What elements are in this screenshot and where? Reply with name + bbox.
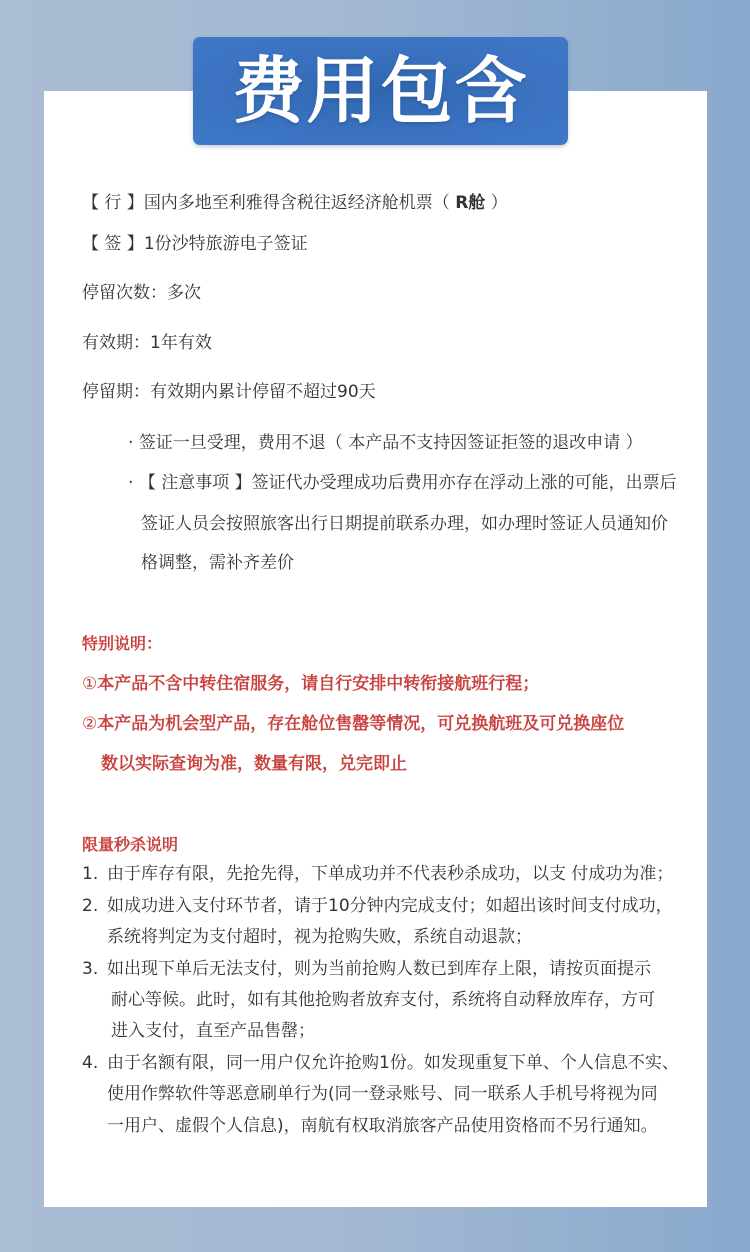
title-badge: 费用包含 — [193, 37, 568, 145]
special-note-2: ②本产品为机会型产品，存在舱位售罄等情况，可兑换航班及可兑换座位 — [82, 716, 624, 733]
flash-item-2-line-2: 系统将判定为支付超时，视为抢购失败，系统自动退款； — [107, 929, 532, 946]
flash-item-4-line-1: 由于名额有限，同一用户仅允许抢购1份。如发现重复下单、个人信息不实、 — [107, 1053, 679, 1073]
circled-one-icon: ① — [82, 674, 97, 694]
visa-stay-label: 停留期： — [82, 382, 150, 402]
flash-item-1-num: 1. — [82, 866, 107, 883]
visa-stay-value: 有效期内累计停留不超过90天 — [150, 382, 376, 402]
visa-note-2-line-2: 签证人员会按照旅客出行日期提前联系办理，如办理时签证人员通知价 — [141, 516, 668, 533]
flash-item-1-text: 由于库存有限，先抢先得，下单成功并不代表秒杀成功，以支 付成功为准； — [107, 864, 673, 884]
visa-note-1-line: 签证一旦受理，费用不退（ 本产品不支持因签证拒签的退改申请 ） — [139, 433, 643, 453]
page-title: 费用包含 — [232, 55, 528, 127]
visa-note-2-line-3: 格调整，需补齐差价 — [141, 555, 294, 572]
visa-entries-label: 停留次数： — [82, 283, 167, 303]
flash-item-2-line-1: 如成功进入支付环节者，请于10分钟内完成支付；如超出该时间支付成功， — [107, 896, 673, 916]
flash-item-3: 3.如出现下单后无法支付，则为当前抢购人数已到库存上限，请按页面提示 — [82, 961, 651, 978]
circled-two-icon: ② — [82, 714, 97, 734]
visa-stay: 停留期：有效期内累计停留不超过90天 — [82, 384, 376, 401]
flash-item-4-line-3: 一用户、虚假个人信息)，南航有权取消旅客产品使用资格而不另行通知。 — [107, 1118, 658, 1135]
include-flight-class: R舱 — [455, 193, 485, 213]
include-visa-text: 1份沙特旅游电子签证 — [144, 234, 308, 254]
special-note-2-line-1: 本产品为机会型产品，存在舱位售罄等情况，可兑换航班及可兑换座位 — [97, 714, 624, 734]
flash-item-4-num: 4. — [82, 1055, 107, 1072]
visa-validity-value: 1年有效 — [150, 333, 212, 353]
special-note-2-line-2: 数以实际查询为准，数量有限，兑完即止 — [101, 756, 407, 773]
visa-note-2-line-1: 【 注意事项 】签证代办受理成功后费用亦存在浮动上涨的可能，出票后 — [139, 473, 677, 493]
flash-item-3-line-1: 如出现下单后无法支付，则为当前抢购人数已到库存上限，请按页面提示 — [107, 959, 651, 979]
flash-item-2-num: 2. — [82, 898, 107, 915]
flash-item-2: 2.如成功进入支付环节者，请于10分钟内完成支付；如超出该时间支付成功， — [82, 898, 673, 915]
visa-entries: 停留次数：多次 — [82, 285, 201, 302]
include-flight-suffix: ） — [485, 193, 507, 213]
include-visa-tag: 【 签 】 — [82, 234, 144, 254]
include-flight: 【 行 】国内多地至利雅得含税往返经济舱机票（ R舱 ） — [82, 195, 508, 212]
visa-note-1: · 签证一旦受理，费用不退（ 本产品不支持因签证拒签的退改申请 ） — [128, 435, 643, 452]
special-notes-title: 特别说明： — [82, 636, 162, 652]
flash-item-4: 4.由于名额有限，同一用户仅允许抢购1份。如发现重复下单、个人信息不实、 — [82, 1055, 679, 1072]
flash-item-3-line-3: 进入支付，直至产品售罄； — [111, 1023, 315, 1040]
visa-entries-value: 多次 — [167, 283, 201, 303]
flash-sale-title: 限量秒杀说明 — [82, 837, 178, 853]
flash-item-1: 1.由于库存有限，先抢先得，下单成功并不代表秒杀成功，以支 付成功为准； — [82, 866, 673, 883]
bullet-icon: · — [128, 433, 133, 453]
visa-validity: 有效期：1年有效 — [82, 335, 212, 352]
visa-note-2: · 【 注意事项 】签证代办受理成功后费用亦存在浮动上涨的可能，出票后 — [128, 475, 677, 492]
bullet-icon: · — [128, 473, 133, 493]
include-visa: 【 签 】1份沙特旅游电子签证 — [82, 236, 308, 253]
flash-item-4-line-2: 使用作弊软件等恶意刷单行为(同一登录账号、同一联系人手机号将视为同 — [107, 1086, 658, 1103]
special-note-1: ①本产品不含中转住宿服务，请自行安排中转衔接航班行程； — [82, 676, 539, 693]
special-note-1-text: 本产品不含中转住宿服务，请自行安排中转衔接航班行程； — [97, 674, 539, 694]
flash-item-3-num: 3. — [82, 961, 107, 978]
include-flight-text: 国内多地至利雅得含税往返经济舱机票（ — [144, 193, 455, 213]
visa-validity-label: 有效期： — [82, 333, 150, 353]
include-flight-tag: 【 行 】 — [82, 193, 144, 213]
flash-item-3-line-2: 耐心等候。此时，如有其他抢购者放弃支付，系统将自动释放库存，方可 — [111, 992, 655, 1009]
